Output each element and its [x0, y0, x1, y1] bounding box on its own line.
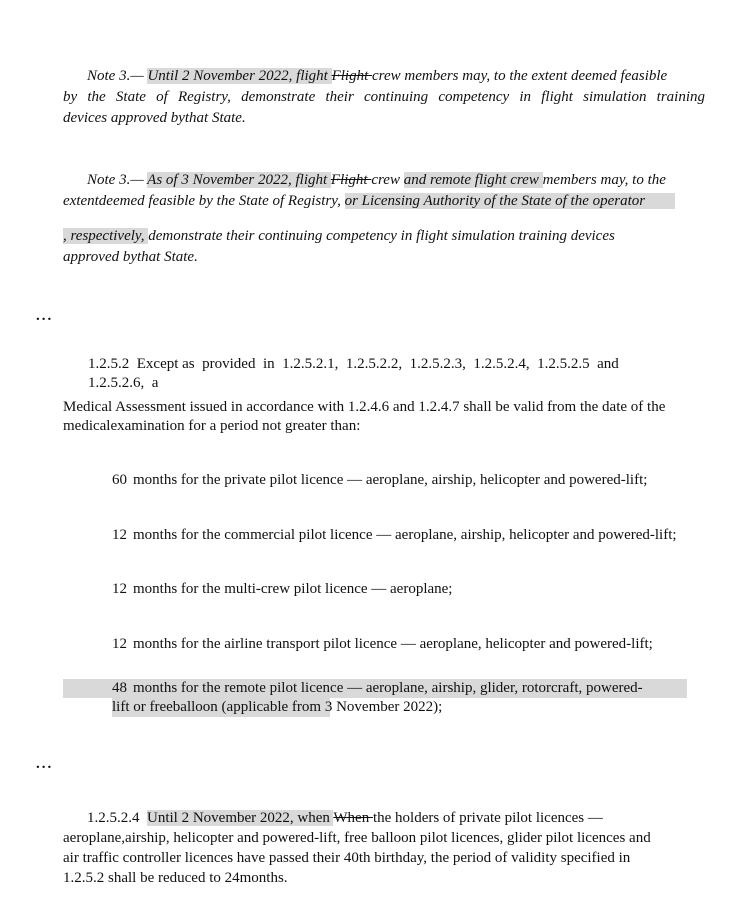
- deleted-text: Flight: [332, 68, 372, 84]
- item-text: months for the multi-crew pilot licence …: [133, 581, 452, 597]
- note-text: crew: [371, 172, 403, 188]
- section-1-2-5-2-heading: 1.2.5.2 Except as provided in 1.2.5.2.1,…: [88, 355, 688, 393]
- section-text: aeroplane,airship, helicopter and powere…: [63, 828, 723, 848]
- note-text: demonstrate their continuing competency …: [148, 228, 615, 244]
- inserted-text: and remote flight crew: [404, 172, 543, 188]
- item-text: months for the private pilot licence — a…: [133, 472, 647, 488]
- validity-item: 12months for the multi-crew pilot licenc…: [112, 579, 452, 600]
- validity-item-inserted: 48months for the remote pilot licence — …: [112, 679, 643, 717]
- omission-ellipsis: ...: [36, 308, 53, 325]
- section-text: air traffic controller licences have pas…: [63, 848, 723, 868]
- item-text: months for the commercial pilot licence …: [133, 527, 677, 543]
- inserted-text: or Licensing Authority of the State of t…: [345, 193, 676, 209]
- section-text: Except as provided in 1.2.5.2.1, 1.2.5.2…: [137, 356, 619, 372]
- note-dash: —: [130, 172, 147, 188]
- paragraph-text: Medical Assessment issued in accordance …: [63, 398, 723, 417]
- deleted-text: Flight: [331, 172, 371, 188]
- validity-item: 12months for the commercial pilot licenc…: [112, 525, 677, 546]
- note-3-current: Note 3.— Until 2 November 2022, flight F…: [63, 66, 705, 129]
- months-value: 12: [112, 525, 127, 546]
- note-text: approved bythat State.: [63, 247, 723, 268]
- paragraph-text: medicalexamination for a period not grea…: [63, 417, 723, 436]
- inserted-text: , respectively,: [63, 228, 148, 244]
- months-value: 60: [112, 470, 127, 491]
- section-number: 1.2.5.2.4: [87, 810, 140, 826]
- inserted-text: Until 2 November 2022, when: [147, 810, 333, 826]
- note-label: Note 3.: [87, 68, 130, 84]
- item-text: months for the remote pilot licence — ae…: [133, 680, 643, 696]
- omission-ellipsis: ...: [36, 756, 53, 773]
- note-label: Note 3.: [87, 172, 130, 188]
- note-text: by the State of Registry, demonstrate th…: [63, 87, 705, 108]
- validity-item: 12months for the airline transport pilot…: [112, 634, 653, 655]
- validity-item: 60months for the private pilot licence —…: [112, 470, 647, 491]
- section-text: the holders of private pilot licences —: [373, 810, 603, 826]
- deleted-text: When: [333, 810, 373, 826]
- note-dash: —: [130, 68, 147, 84]
- section-1-2-5-2-paragraph: Medical Assessment issued in accordance …: [63, 398, 723, 436]
- item-text: lift or freeballoon (applicable from 3 N…: [112, 698, 643, 717]
- note-3-amended: Note 3.— As of 3 November 2022, flight F…: [63, 170, 723, 268]
- note-text: devices approved bythat State.: [63, 108, 705, 129]
- section-1-2-5-2-4: 1.2.5.2.4 Until 2 November 2022, when Wh…: [63, 808, 723, 888]
- note-text: extentdeemed feasible by the State of Re…: [63, 193, 345, 209]
- note-text: members may, to the: [543, 172, 666, 188]
- section-number: 1.2.5.2: [88, 356, 129, 372]
- section-text: 1.2.5.2 shall be reduced to 24months.: [63, 868, 723, 888]
- section-text: 1.2.5.2.6, a: [88, 374, 688, 393]
- inserted-text: As of 3 November 2022, flight: [147, 172, 331, 188]
- note-text: crew members may, to the extent deemed f…: [372, 68, 667, 84]
- inserted-text: Until 2 November 2022, flight: [147, 68, 331, 84]
- months-value: 12: [112, 634, 127, 655]
- months-value: 48: [112, 679, 127, 698]
- months-value: 12: [112, 579, 127, 600]
- item-text: months for the airline transport pilot l…: [133, 636, 653, 652]
